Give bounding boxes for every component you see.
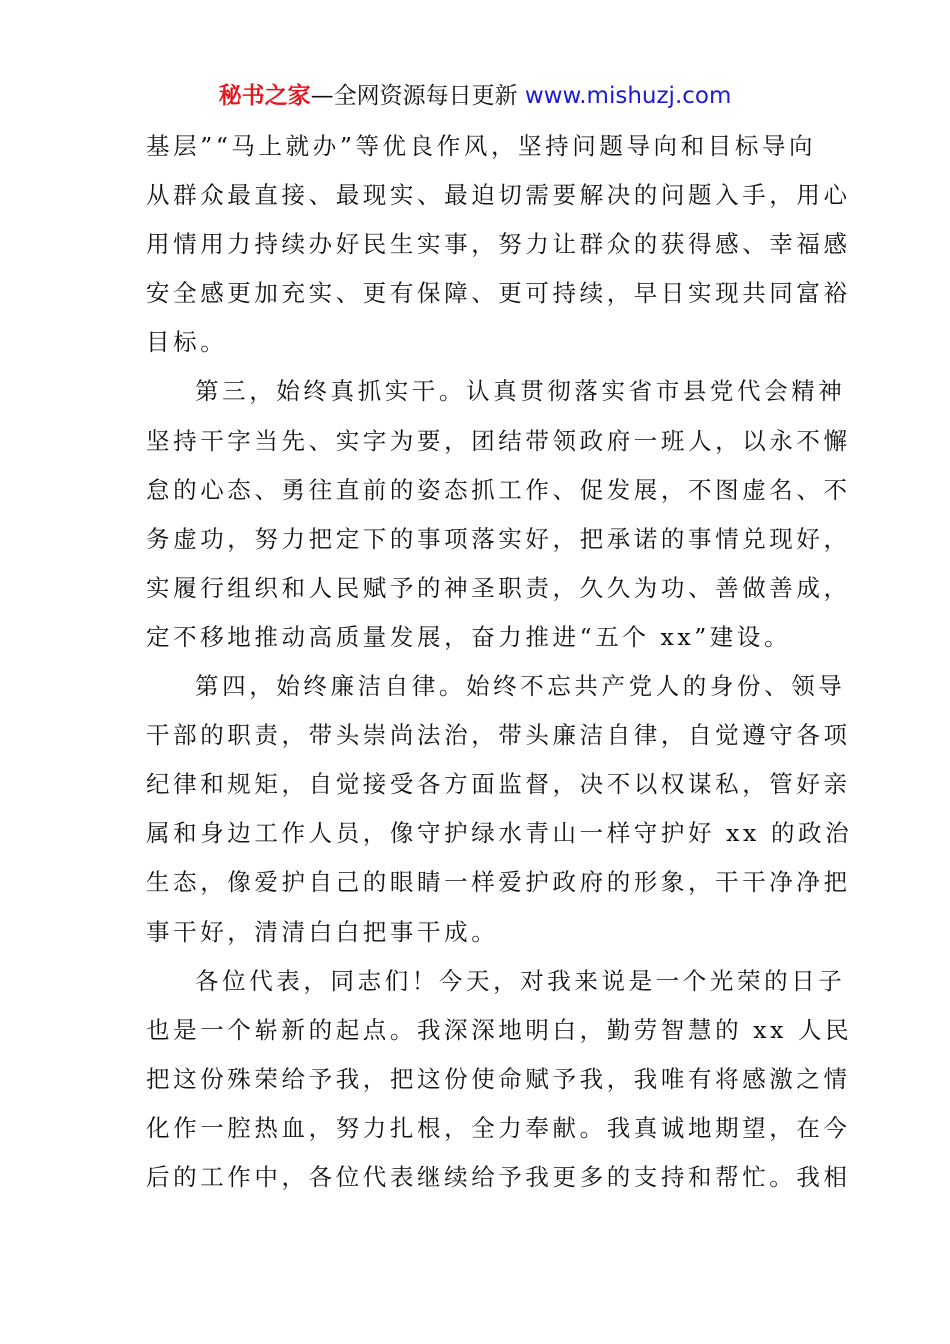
text-line: 目标。	[146, 318, 811, 367]
text-line: 实履行组织和人民赋予的神圣职责，久久为功、善做善成，	[146, 564, 811, 613]
text-line: 也是一个崭新的起点。我深深地明白，勤劳智慧的 xx 人民	[146, 1006, 811, 1055]
site-header: 秘书之家—全网资源每日更新 www.mishuzj.com	[0, 80, 950, 112]
paragraph-start-line: 第三，始终真抓实干。认真贯彻落实省市县党代会精神	[146, 367, 811, 416]
text-line: 化作一腔热血，努力扎根，全力奉献。我真诚地期望，在今	[146, 1104, 811, 1153]
text-line: 后的工作中，各位代表继续给予我更多的支持和帮忙。我相	[146, 1153, 811, 1202]
text-line: 纪律和规矩，自觉接受各方面监督，决不以权谋私，管好亲	[146, 760, 811, 809]
text-line: 事干好，清清白白把事干成。	[146, 908, 811, 957]
text-line: 怠的心态、勇往直前的姿态抓工作、促发展，不图虚名、不	[146, 466, 811, 515]
text-line: 把这份殊荣给予我，把这份使命赋予我，我唯有将感激之情	[146, 1055, 811, 1104]
text-line: 干部的职责，带头崇尚法治，带头廉洁自律，自觉遵守各项	[146, 711, 811, 760]
header-slogan: —全网资源每日更新	[311, 83, 518, 109]
text-line: 属和身边工作人员，像守护绿水青山一样守护好 xx 的政治	[146, 809, 811, 858]
paragraph-start-line: 第四，始终廉洁自律。始终不忘共产党人的身份、领导	[146, 662, 811, 711]
text-line: 务虚功，努力把定下的事项落实好，把承诺的事情兑现好，	[146, 515, 811, 564]
text-line: 安全感更加充实、更有保障、更可持续，早日实现共同富裕	[146, 269, 811, 318]
brand-name: 秘书之家	[219, 83, 311, 109]
text-line: 生态，像爱护自己的眼睛一样爱护政府的形象，干干净净把	[146, 858, 811, 907]
text-line: 基层”“马上就办”等优良作风，坚持问题导向和目标导向	[146, 122, 811, 171]
document-body: 基层”“马上就办”等优良作风，坚持问题导向和目标导向 从群众最直接、最现实、最迫…	[146, 122, 811, 1202]
paragraph-start-line: 各位代表，同志们！今天，对我来说是一个光荣的日子	[146, 957, 811, 1006]
text-line: 从群众最直接、最现实、最迫切需要解决的问题入手，用心	[146, 171, 811, 220]
site-url-link[interactable]: www.mishuzj.com	[525, 83, 731, 109]
text-line: 坚持干字当先、实字为要，团结带领政府一班人，以永不懈	[146, 417, 811, 466]
text-line: 用情用力持续办好民生实事，努力让群众的获得感、幸福感	[146, 220, 811, 269]
text-line: 定不移地推动高质量发展，奋力推进“五个 xx”建设。	[146, 613, 811, 662]
